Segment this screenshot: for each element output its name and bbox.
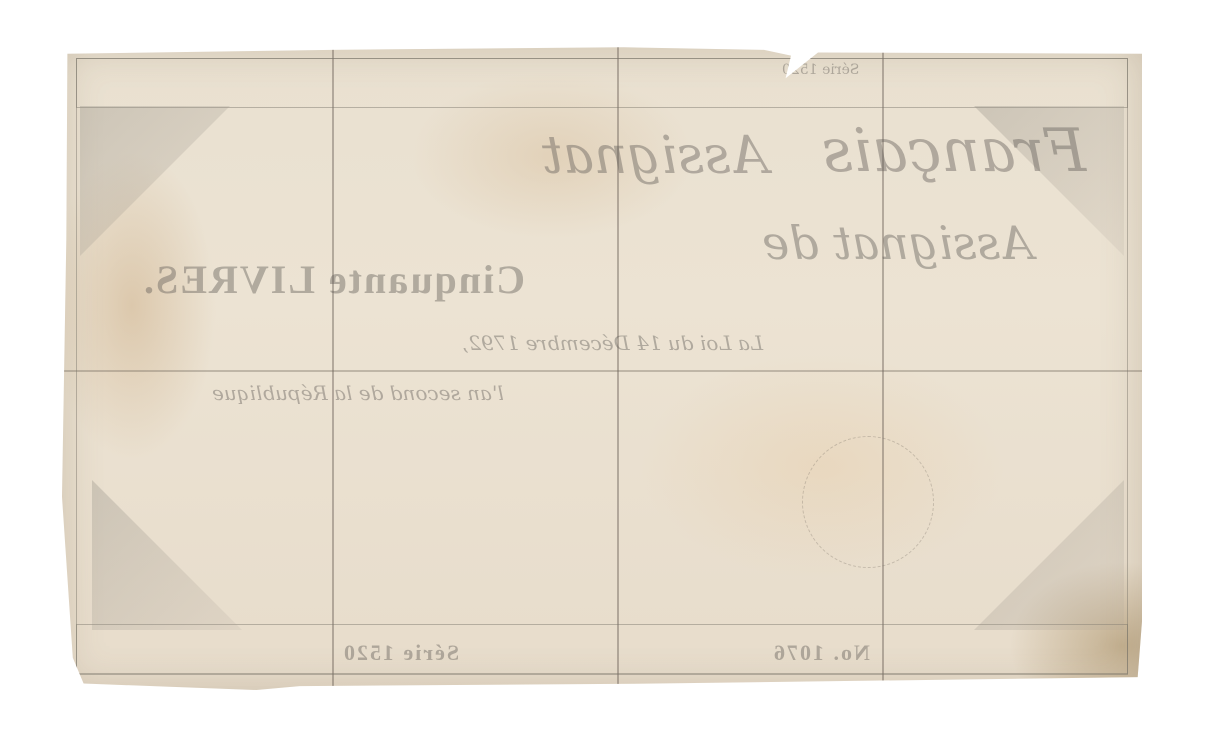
small-line-2: l'an second de la République xyxy=(212,381,504,405)
denomination-caps: Cinquante LIVRES. xyxy=(142,256,525,303)
denomination-script: Assignat de xyxy=(762,216,1033,270)
banknote: Série 1520 Assignat Français Assignat de… xyxy=(62,46,1142,690)
dry-seal-impression xyxy=(802,436,934,568)
serie-label: Série 1520 xyxy=(342,640,459,666)
top-serie-text: Série 1520 xyxy=(782,62,859,78)
header-script-text: Assignat xyxy=(542,126,768,186)
top-band xyxy=(76,58,1128,108)
number-label: No. 1076 xyxy=(772,640,870,666)
bottom-band xyxy=(76,624,1128,674)
small-line-1: La Loi du 14 Décembre 1792, xyxy=(462,331,763,355)
header-script-right: Français xyxy=(822,116,1086,186)
